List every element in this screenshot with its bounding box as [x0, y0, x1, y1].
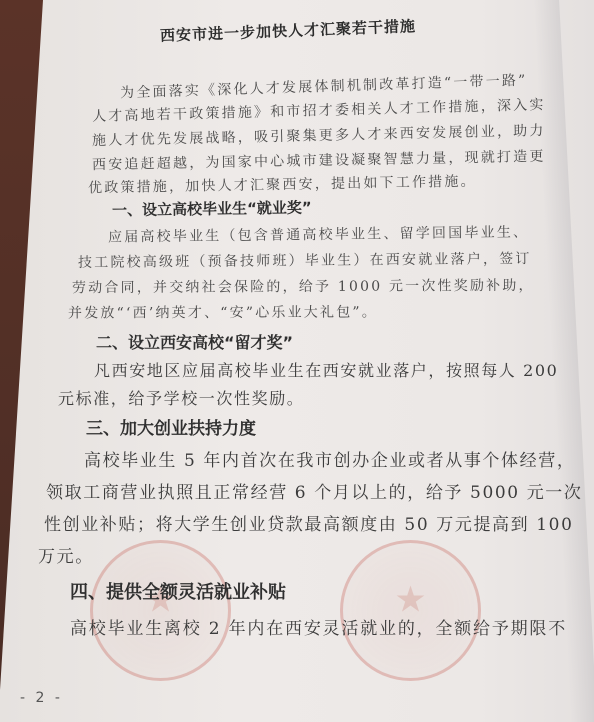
section-2-line: 凡西安地区应届高校毕业生在西安就业落户，按照每人 200 — [94, 358, 558, 381]
section-1-line: 应届高校毕业生（包含普通高校毕业生、留学回国毕业生、 — [108, 221, 529, 246]
section-4-line: 高校毕业生离校 2 年内在西安灵活就业的，全额给予期限不 — [70, 614, 567, 639]
section-3-line: 领取工商营业执照且正常经营 6 个月以上的，给予 5000 元一次 — [46, 478, 583, 503]
section-1-heading: 一、设立高校毕业生“就业奖” — [112, 197, 312, 221]
red-seal-stamp-right: ★ — [340, 540, 481, 681]
page-number: - 2 - — [20, 690, 63, 706]
section-3-line: 万元。 — [38, 542, 94, 567]
section-1-line: 并发放“‘西’纳英才、“安”心乐业大礼包”。 — [68, 301, 378, 322]
section-3-heading: 三、加大创业扶持力度 — [86, 414, 256, 439]
section-4-heading: 四、提供全额灵活就业补贴 — [70, 578, 286, 604]
section-3-line: 高校毕业生 5 年内首次在我市创办企业或者从事个体经营， — [84, 446, 575, 471]
section-3-line: 性创业补贴；将大学生创业贷款最高额度由 50 万元提高到 100 — [44, 510, 574, 535]
intro-line: 施人才优先发展战略，吸引聚集更多人才来西安发展创业，助力 — [92, 120, 546, 150]
document-content: 西安市进一步加快人才汇聚若干措施 为全面落实《深化人才发展体制机制改革打造“一带… — [0, 0, 594, 722]
red-seal-stamp-left: ★ — [90, 540, 231, 681]
section-1-line: 技工院校高级班（预备技师班）毕业生）在西安就业落户，签订 — [78, 248, 532, 272]
section-2-line: 元标准，给予学校一次性奖励。 — [58, 386, 304, 409]
intro-line: 西安追赶超越，为国家中心城市建设凝聚智慧力量，现就打造更 — [92, 146, 546, 175]
section-1-line: 劳动合同，并交纳社会保险的，给予 1000 元一次性奖励补助， — [72, 275, 535, 297]
document-title: 西安市进一步加快人才汇聚若干措施 — [160, 15, 417, 46]
section-2-heading: 二、设立西安高校“留才奖” — [96, 330, 293, 353]
intro-line: 优政策措施，加快人才汇聚西安，提出如下工作措施。 — [88, 171, 477, 198]
